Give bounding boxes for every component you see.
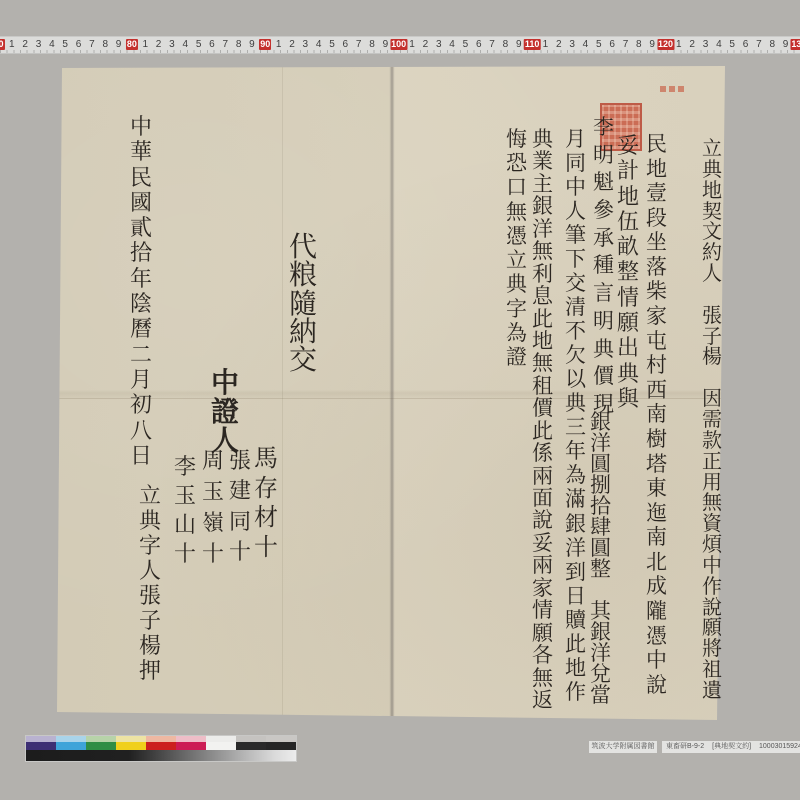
ruler-minor-label: 9 bbox=[383, 39, 389, 50]
glyph: 兩 bbox=[532, 555, 553, 576]
glyph: 南 bbox=[646, 527, 667, 548]
glyph: 各 bbox=[532, 645, 553, 666]
glyph: 不 bbox=[565, 321, 586, 342]
contract-column-4-upper: 李明魁參承種言明典價現 bbox=[593, 117, 614, 415]
contract-column-4-lower: 銀洋圓捌拾肆圓整其銀洋兌當 bbox=[590, 412, 611, 706]
contract-column-2: 民地壹段坐落柴家屯村西南樹塔東迤南北成隴憑中說 bbox=[646, 134, 667, 696]
color-chip bbox=[176, 742, 206, 750]
glyph: 張 bbox=[229, 451, 251, 473]
glyph: 典 bbox=[565, 393, 586, 414]
ruler-minor-label: 9 bbox=[116, 39, 122, 50]
ruler-major-label: 130 bbox=[790, 39, 800, 50]
ruler-minor-label: 7 bbox=[756, 39, 762, 50]
color-chip bbox=[26, 742, 56, 750]
glyph: 北 bbox=[646, 552, 667, 573]
ruler-minor-label: 8 bbox=[369, 39, 375, 50]
glyph: 民 bbox=[130, 168, 152, 190]
glyph: 主 bbox=[532, 174, 553, 195]
glyph: 馬 bbox=[254, 446, 278, 470]
glyph: 願 bbox=[532, 623, 553, 644]
glyph: 柴 bbox=[646, 281, 667, 302]
glyph: 年 bbox=[130, 269, 152, 291]
ruler-minor-label: 5 bbox=[196, 39, 202, 50]
ruler-major-label: 70 bbox=[0, 39, 5, 50]
glyph: 妥 bbox=[617, 136, 639, 158]
glyph: 典 bbox=[139, 511, 161, 533]
glyph: 為 bbox=[506, 323, 527, 344]
glyph: 隴 bbox=[646, 601, 667, 622]
date-line: 中華民國貳拾年陰曆二月初八日 bbox=[130, 117, 152, 468]
glyph: 兌 bbox=[590, 664, 611, 685]
glyph: 契 bbox=[702, 201, 722, 221]
color-chip bbox=[236, 742, 266, 750]
ruler-minor-label: 5 bbox=[62, 39, 68, 50]
ruler-minor-label: 3 bbox=[36, 39, 42, 50]
glyph: 悔 bbox=[506, 129, 527, 150]
glyph: 業 bbox=[532, 151, 553, 172]
glyph: 典 bbox=[617, 364, 639, 386]
glyph: 民 bbox=[646, 134, 667, 155]
glyph: 張 bbox=[139, 586, 161, 608]
glyph: 壹 bbox=[646, 183, 667, 204]
glyph: 月 bbox=[130, 370, 152, 392]
ruler-minor-label: 2 bbox=[689, 39, 695, 50]
glyph: 無 bbox=[506, 202, 527, 223]
glyph: 文 bbox=[702, 221, 722, 241]
glyph: 無 bbox=[532, 353, 553, 374]
glyph: 明 bbox=[593, 145, 614, 166]
ruler-major-label: 100 bbox=[390, 39, 407, 50]
glyph: 十 bbox=[254, 535, 278, 559]
glyph: 拾 bbox=[130, 243, 152, 265]
glyph: 典 bbox=[702, 159, 722, 179]
glyph: 隨 bbox=[289, 290, 317, 318]
glyph: 價 bbox=[532, 398, 553, 419]
glyph: 段 bbox=[646, 208, 667, 229]
ruler-minor-label: 9 bbox=[783, 39, 789, 50]
glyph: 圓 bbox=[590, 454, 611, 475]
glyph: 當 bbox=[590, 685, 611, 706]
glyph: 楊 bbox=[702, 346, 722, 366]
glyph: 月 bbox=[565, 129, 586, 150]
ruler-minor-label: 4 bbox=[449, 39, 455, 50]
ruler-minor-label: 2 bbox=[156, 39, 162, 50]
glyph: 日 bbox=[565, 586, 586, 607]
glyph: 落 bbox=[646, 257, 667, 278]
ruler-minor-label: 3 bbox=[703, 39, 709, 50]
glyph: 整 bbox=[617, 262, 639, 284]
glyph: 正 bbox=[702, 451, 722, 471]
glyph: 中 bbox=[702, 555, 722, 575]
glyph: 粮 bbox=[289, 261, 317, 289]
glyph: 典 bbox=[532, 129, 553, 150]
color-chip bbox=[116, 742, 146, 750]
glyph: 明 bbox=[593, 311, 614, 332]
glyph: 無 bbox=[532, 241, 553, 262]
ruler-minor-label: 9 bbox=[249, 39, 255, 50]
glyph: 存 bbox=[254, 476, 278, 500]
collection-stamp bbox=[660, 86, 684, 92]
glyph-gap bbox=[702, 367, 722, 387]
color-calibration-chart bbox=[26, 736, 296, 761]
glyph: 陰 bbox=[130, 294, 152, 316]
glyph: 說 bbox=[532, 510, 553, 531]
color-chip bbox=[86, 742, 116, 750]
glyph: 地 bbox=[532, 331, 553, 352]
glyph: 無 bbox=[532, 668, 553, 689]
glyph: 材 bbox=[254, 505, 278, 529]
glyph: 圓 bbox=[590, 538, 611, 559]
glyph: 洋 bbox=[532, 219, 553, 240]
glyph: 兩 bbox=[532, 466, 553, 487]
measuring-ruler: 7012345678980123456789901234567891001234… bbox=[0, 36, 800, 54]
glyph: 款 bbox=[702, 430, 722, 450]
ruler-minor-label: 4 bbox=[716, 39, 722, 50]
vertical-fold-crease bbox=[282, 66, 283, 720]
glyph: 山 bbox=[174, 515, 196, 537]
glyph: 將 bbox=[702, 638, 722, 658]
glyph: 納 bbox=[289, 318, 317, 346]
glyph: 東 bbox=[646, 478, 667, 499]
glyph: 國 bbox=[130, 193, 152, 215]
glyph: 交 bbox=[565, 273, 586, 294]
color-chip bbox=[206, 742, 236, 750]
glyph: 代 bbox=[289, 233, 317, 261]
glyph: 西 bbox=[646, 380, 667, 401]
glyph: 畝 bbox=[617, 237, 639, 259]
ruler-minor-label: 4 bbox=[316, 39, 322, 50]
glyph: 日 bbox=[130, 446, 152, 468]
ruler-minor-label: 1 bbox=[543, 39, 549, 50]
glyph: 到 bbox=[565, 562, 586, 583]
glyph: 交 bbox=[289, 346, 317, 374]
chart-grayscale-row bbox=[26, 750, 296, 761]
glyph: 十 bbox=[174, 544, 196, 566]
contract-column-6: 典業主銀洋無利息此地無租價此係兩面說妥兩家情願各無返 bbox=[532, 129, 553, 711]
glyph: 迤 bbox=[646, 503, 667, 524]
glyph: 口 bbox=[506, 177, 527, 198]
signer-line: 立典字人張子楊押 bbox=[139, 486, 161, 683]
glyph: 憑 bbox=[506, 226, 527, 247]
glyph: 立 bbox=[139, 486, 161, 508]
glyph: 銀 bbox=[590, 622, 611, 643]
glyph: 整 bbox=[590, 559, 611, 580]
glyph: 利 bbox=[532, 264, 553, 285]
color-chip bbox=[266, 742, 296, 750]
ruler-minor-label: 3 bbox=[436, 39, 442, 50]
glyph: 出 bbox=[617, 338, 639, 360]
glyph: 樹 bbox=[646, 429, 667, 450]
glyph: 屯 bbox=[646, 331, 667, 352]
glyph: 說 bbox=[702, 597, 722, 617]
glyph: 伍 bbox=[617, 212, 639, 234]
glyph: 拾 bbox=[590, 496, 611, 517]
institution-label: 筑波大学附属図書館 bbox=[589, 741, 657, 753]
glyph: 曆 bbox=[130, 319, 152, 341]
glyph: 張 bbox=[702, 305, 722, 325]
ruler-minor-label: 6 bbox=[209, 39, 215, 50]
glyph: 十 bbox=[229, 542, 251, 564]
glyph: 典 bbox=[506, 274, 527, 295]
glyph: 同 bbox=[565, 153, 586, 174]
ruler-minor-label: 8 bbox=[769, 39, 775, 50]
glyph: 肆 bbox=[590, 517, 611, 538]
glyph: 銀 bbox=[590, 412, 611, 433]
glyph: 玉 bbox=[174, 486, 196, 508]
contract-column-5: 月同中人筆下交清不欠以典三年為滿銀洋到日贖此地作 bbox=[565, 129, 586, 703]
glyph: 楊 bbox=[139, 636, 161, 658]
glyph: 約 bbox=[702, 242, 722, 262]
ruler-minor-label: 4 bbox=[49, 39, 55, 50]
chart-color-row bbox=[26, 742, 296, 750]
glyph: 為 bbox=[565, 465, 586, 486]
glyph: 作 bbox=[565, 682, 586, 703]
glyph: 銀 bbox=[565, 514, 586, 535]
glyph: 同 bbox=[229, 512, 251, 534]
glyph: 嶺 bbox=[202, 513, 224, 535]
ruler-minor-label: 2 bbox=[22, 39, 28, 50]
ruler-minor-label: 3 bbox=[169, 39, 175, 50]
witness-column: 李玉山 十 bbox=[174, 457, 196, 566]
glyph: 二 bbox=[130, 345, 152, 367]
glyph: 息 bbox=[532, 286, 553, 307]
ruler-minor-label: 1 bbox=[676, 39, 682, 50]
ruler-minor-label: 6 bbox=[343, 39, 349, 50]
glyph: 南 bbox=[646, 404, 667, 425]
ruler-minor-label: 8 bbox=[636, 39, 642, 50]
glyph: 周 bbox=[202, 451, 224, 473]
glyph: 地 bbox=[702, 180, 722, 200]
color-chip bbox=[146, 742, 176, 750]
glyph: 字 bbox=[506, 299, 527, 320]
glyph: 願 bbox=[702, 617, 722, 637]
ruler-minor-label: 4 bbox=[583, 39, 589, 50]
ruler-minor-label: 9 bbox=[649, 39, 655, 50]
item-id: 10003015924 bbox=[759, 741, 800, 753]
ruler-minor-label: 8 bbox=[102, 39, 108, 50]
glyph: 說 bbox=[646, 675, 667, 696]
glyph: 洋 bbox=[590, 433, 611, 454]
contract-column-7: 悔恐口無憑立典字為證 bbox=[506, 129, 527, 368]
glyph: 初 bbox=[130, 395, 152, 417]
glyph: 年 bbox=[565, 441, 586, 462]
item-title: [典地契文約] bbox=[712, 741, 751, 753]
ruler-minor-label: 8 bbox=[236, 39, 242, 50]
glyph: 證 bbox=[506, 347, 527, 368]
ruler-minor-label: 7 bbox=[623, 39, 629, 50]
glyph: 八 bbox=[130, 421, 152, 443]
glyph: 種 bbox=[593, 255, 614, 276]
color-chip bbox=[56, 742, 86, 750]
ruler-minor-label: 3 bbox=[303, 39, 309, 50]
glyph-gap bbox=[590, 580, 611, 601]
glyph: 坐 bbox=[646, 232, 667, 253]
glyph: 返 bbox=[532, 690, 553, 711]
ruler-minor-label: 6 bbox=[743, 39, 749, 50]
ruler-minor-label: 1 bbox=[276, 39, 282, 50]
glyph: 下 bbox=[565, 249, 586, 270]
ruler-minor-label: 5 bbox=[463, 39, 469, 50]
ruler-minor-label: 8 bbox=[503, 39, 509, 50]
glyph: 情 bbox=[617, 288, 639, 310]
glyph: 此 bbox=[565, 634, 586, 655]
glyph: 租 bbox=[532, 376, 553, 397]
witness-column: 周玉嶺 十 bbox=[202, 451, 224, 566]
glyph: 恐 bbox=[506, 153, 527, 174]
glyph: 三 bbox=[565, 417, 586, 438]
glyph: 清 bbox=[565, 297, 586, 318]
glyph: 子 bbox=[139, 611, 161, 633]
glyph: 人 bbox=[702, 263, 722, 283]
glyph: 洋 bbox=[565, 538, 586, 559]
ruler-minor-label: 7 bbox=[89, 39, 95, 50]
glyph: 情 bbox=[532, 600, 553, 621]
glyph: 無 bbox=[702, 492, 722, 512]
glyph: 捌 bbox=[590, 475, 611, 496]
ruler-minor-label: 4 bbox=[182, 39, 188, 50]
ruler-minor-label: 2 bbox=[423, 39, 429, 50]
ruler-minor-label: 3 bbox=[569, 39, 575, 50]
ruler-minor-label: 7 bbox=[222, 39, 228, 50]
glyph: 贖 bbox=[565, 610, 586, 631]
witness-column: 馬存材 十 bbox=[254, 446, 278, 559]
ruler-minor-label: 6 bbox=[476, 39, 482, 50]
ruler-minor-label: 1 bbox=[9, 39, 15, 50]
glyph: 需 bbox=[702, 409, 722, 429]
glyph: 成 bbox=[646, 576, 667, 597]
ruler-major-label: 120 bbox=[657, 39, 674, 50]
glyph: 銀 bbox=[532, 196, 553, 217]
glyph: 祖 bbox=[702, 659, 722, 679]
glyph: 願 bbox=[617, 313, 639, 335]
ruler-minor-label: 9 bbox=[516, 39, 522, 50]
glyph: 用 bbox=[702, 472, 722, 492]
glyph: 筆 bbox=[565, 225, 586, 246]
glyph: 貳 bbox=[130, 218, 152, 240]
glyph: 與 bbox=[617, 389, 639, 411]
glyph: 面 bbox=[532, 488, 553, 509]
glyph: 李 bbox=[174, 457, 196, 479]
contract-column-1: 立典地契文約人張子楊因需款正用無資煩中作說願將祖遺 bbox=[702, 138, 722, 700]
glyph: 中 bbox=[565, 177, 586, 198]
ruler-minor-label: 6 bbox=[609, 39, 615, 50]
glyph: 滿 bbox=[565, 489, 586, 510]
glyph: 中 bbox=[646, 650, 667, 671]
catalog-label: 東畜研B-9-2 [典地契文約] 10003015924 bbox=[662, 741, 800, 753]
glyph: 地 bbox=[646, 159, 667, 180]
glyph: 遺 bbox=[702, 680, 722, 700]
glyph: 此 bbox=[532, 421, 553, 442]
glyph: 妥 bbox=[532, 533, 553, 554]
glyph: 人 bbox=[139, 561, 161, 583]
glyph: 玉 bbox=[202, 482, 224, 504]
tax-note: 代粮隨納交 bbox=[289, 233, 317, 374]
glyph: 參 bbox=[593, 200, 614, 221]
glyph: 立 bbox=[506, 250, 527, 271]
institution-name: 筑波大学附属図書館 bbox=[592, 741, 655, 753]
glyph: 中 bbox=[130, 117, 152, 139]
glyph: 以 bbox=[565, 369, 586, 390]
glyph: 中 bbox=[211, 369, 239, 397]
glyph: 煩 bbox=[702, 534, 722, 554]
glyph: 典 bbox=[593, 339, 614, 360]
glyph: 村 bbox=[646, 355, 667, 376]
ruler-minor-label: 1 bbox=[142, 39, 148, 50]
ruler-minor-label: 5 bbox=[729, 39, 735, 50]
glyph: 魁 bbox=[593, 172, 614, 193]
glyph: 華 bbox=[130, 142, 152, 164]
glyph: 地 bbox=[565, 658, 586, 679]
glyph: 承 bbox=[593, 228, 614, 249]
contract-column-3: 妥計地伍畝整情願出典與 bbox=[617, 136, 639, 411]
glyph: 押 bbox=[139, 661, 161, 683]
glyph: 立 bbox=[702, 138, 722, 158]
glyph: 證 bbox=[211, 398, 239, 426]
glyph: 字 bbox=[139, 536, 161, 558]
glyph: 因 bbox=[702, 388, 722, 408]
glyph: 此 bbox=[532, 309, 553, 330]
witness-heading: 中證人 bbox=[211, 369, 239, 455]
glyph: 地 bbox=[617, 187, 639, 209]
witness-column: 張建同 十 bbox=[229, 451, 251, 564]
ruler-major-label: 110 bbox=[524, 39, 541, 50]
ruler-minor-label: 2 bbox=[556, 39, 562, 50]
glyph: 洋 bbox=[590, 643, 611, 664]
ruler-minor-label: 7 bbox=[356, 39, 362, 50]
glyph: 其 bbox=[590, 601, 611, 622]
glyph: 價 bbox=[593, 366, 614, 387]
glyph: 資 bbox=[702, 513, 722, 533]
glyph: 十 bbox=[202, 544, 224, 566]
glyph: 人 bbox=[565, 201, 586, 222]
ruler-minor-label: 5 bbox=[596, 39, 602, 50]
glyph-gap bbox=[702, 284, 722, 304]
ruler-minor-label: 1 bbox=[409, 39, 415, 50]
ruler-major-label: 90 bbox=[259, 39, 271, 50]
glyph: 建 bbox=[229, 481, 251, 503]
ruler-major-label: 80 bbox=[126, 39, 138, 50]
glyph: 塔 bbox=[646, 454, 667, 475]
glyph: 家 bbox=[646, 306, 667, 327]
glyph: 係 bbox=[532, 443, 553, 464]
glyph: 言 bbox=[593, 283, 614, 304]
ruler-minor-label: 7 bbox=[489, 39, 495, 50]
glyph: 憑 bbox=[646, 626, 667, 647]
ruler-minor-label: 5 bbox=[329, 39, 335, 50]
glyph: 作 bbox=[702, 576, 722, 596]
glyph: 計 bbox=[617, 161, 639, 183]
call-number: 東畜研B-9-2 bbox=[666, 741, 704, 753]
ruler-minor-label: 2 bbox=[289, 39, 295, 50]
glyph: 家 bbox=[532, 578, 553, 599]
ruler-minor-label: 6 bbox=[76, 39, 82, 50]
glyph: 欠 bbox=[565, 345, 586, 366]
glyph: 李 bbox=[593, 117, 614, 138]
glyph: 子 bbox=[702, 326, 722, 346]
